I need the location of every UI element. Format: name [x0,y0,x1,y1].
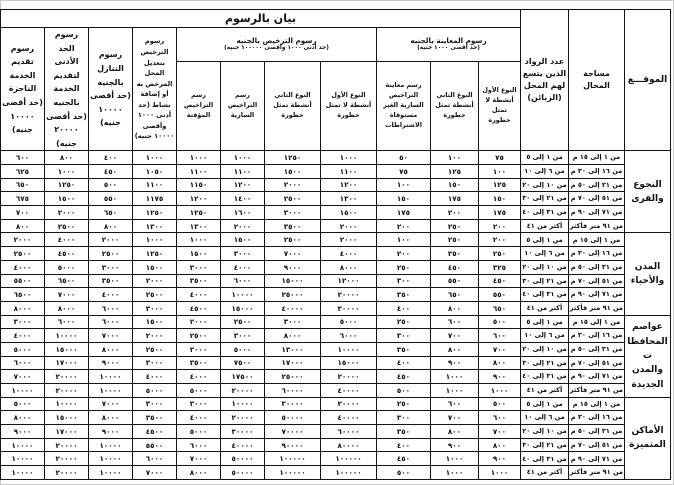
fee-value-cell: ٤٠٠ [377,301,431,315]
fee-value-cell: ١٠٠٠ [133,233,177,247]
fee-value-cell: ١٠٥٠ [133,165,177,179]
column-header-shop-area: مساحة المحال [569,10,625,151]
fee-value-cell: ٤٠٠٠ [321,247,377,261]
fee-value-cell: ٢٥٠٠ [265,233,321,247]
location-group-cell: الأماكن المتميزة [625,397,671,479]
fee-value-cell: ٨٠٠ [45,151,89,165]
fee-value-cell: ٣٥٠٠ [133,411,177,425]
fee-value-cell: ١٠٠٠٠ [0,452,44,466]
fee-value-cell: ٢٠٠٠٠ [45,438,89,452]
fee-value-cell: ٦٠٠ [479,411,521,425]
inspection-fees-label: رسوم المعاينة بالجنيه [378,36,519,45]
fee-value-cell: ٤٠٠ [377,438,431,452]
patrons-count-cell: من ١ إلى ٥ [521,397,569,411]
fee-value-cell: ٣٠٠٠ [89,260,133,274]
fee-value-cell: ٧٠٠ [0,206,44,220]
column-header-license-valid: رسم التراخيص السارية [221,61,265,151]
fee-value-cell: ١٣٠٠٠ [265,342,321,356]
scanned-fees-document: الموقـــع مساحة المحال عدد الرواد الذين … [0,0,674,485]
fee-value-cell: ٢٠٠٠٠ [45,466,89,480]
fee-value-cell: ٦٢٥ [0,165,44,179]
fee-value-cell: ٦٥٠ [431,288,479,302]
fee-value-cell: ١٧٥٠٠ [221,370,265,384]
fee-value-cell: ٨٠٠٠ [89,342,133,356]
patrons-count-cell: من ٦ إلى ١٠ [521,411,569,425]
fee-value-cell: ٧٠٠٠٠ [265,425,321,439]
patrons-count-cell: من ٦ إلى ١٠ [521,165,569,179]
fee-value-cell: ٦٥٠٠ [0,288,44,302]
fee-value-cell: ١٧٠٠٠ [265,356,321,370]
location-group-cell: عواصم المحافظات والمدن الجديدة [625,315,671,397]
fee-value-cell: ٤٠٠٠ [177,370,221,384]
fee-value-cell: ٣٠٠٠ [265,206,321,220]
fee-value-cell: ٩٠٠ [479,452,521,466]
fee-value-cell: ١٠٠٠٠٠ [321,452,377,466]
fee-value-cell: ١٥٠ [377,192,431,206]
fee-value-cell: ٦٠٠ [479,329,521,343]
fee-value-cell: ١٠٠٠ [45,165,89,179]
fee-value-cell: ١٥٠٠ [265,165,321,179]
shop-area-cell: من ٩١ متر فأكثر [569,219,625,233]
fee-value-cell: ١٤٠٠ [221,192,265,206]
fee-value-cell: ٢٠٠ [479,219,521,233]
table-row: من ٥١ إلى ٧٠ ممن ٢١ إلى ٣٠٤٥٠٥٥٠٣٠٠١٢٠٠٠… [0,274,670,288]
fees-table: الموقـــع مساحة المحال عدد الرواد الذين … [0,9,671,480]
patrons-count-cell: أكثر من ٤١ [521,384,569,398]
column-header-min-service-fees: رسوم الحد الأدنى لتقديم الخدمة بالجنيه (… [45,28,89,151]
fee-value-cell: ١٠٠ [431,151,479,165]
fee-value-cell: ٤٠٠٠ [177,411,221,425]
fee-value-cell: ١١٥٠ [177,178,221,192]
fee-value-cell: ٧٠٠٠ [89,397,133,411]
fee-value-cell: ٦٠٠٠ [89,301,133,315]
fee-value-cell: ٨٠٠ [479,438,521,452]
fee-value-cell: ١٣٠٠ [177,219,221,233]
column-header-license-type2: النوع الثاني أنشطة تمثل خطورة [265,61,321,151]
fee-value-cell: ٧٠٠٠ [133,466,177,480]
fee-value-cell: ٤٠٠٠٠ [321,384,377,398]
column-header-patrons-count: عدد الرواد الذين يتسع لهم المحل (الزبائن… [521,10,569,151]
fee-value-cell: ٣٠٠٠ [221,329,265,343]
fee-value-cell: ٨٠٠٠ [265,329,321,343]
fee-value-cell: ٢٠٠٠ [177,315,221,329]
fee-value-cell: ٤٥٠ [431,260,479,274]
fee-value-cell: ١١٠٠ [321,165,377,179]
fee-value-cell: ٦٠٠ [431,397,479,411]
shop-area-cell: من ١ إلى ١٥ م [569,397,625,411]
fee-value-cell: ١٧٥ [431,192,479,206]
fee-value-cell: ١٢٠٠ [177,192,221,206]
fee-value-cell: ٨٠٠٠ [0,411,44,425]
fee-value-cell: ٢٥٠ [479,247,521,261]
patrons-count-cell: من ١ إلى ٥ [521,315,569,329]
table-row: من ٧١ إلى ٩٠ ممن ٣١ إلى ٤٠٥٥٠٦٥٠٣٥٠٢٠٠٠٠… [0,288,670,302]
fee-value-cell: ٨٠٠ [431,301,479,315]
fee-value-cell: ٣٠٠٠ [133,356,177,370]
fee-value-cell: ١٣٠٠ [321,192,377,206]
patrons-count-cell: من ٢١ إلى ٣٠ [521,192,569,206]
fee-value-cell: ٣٠٠ [377,274,431,288]
fee-value-cell: ٥٠ [377,151,431,165]
fee-value-cell: ٥٥٠ [89,192,133,206]
fee-value-cell: ٢٠٠٠٠ [321,288,377,302]
shop-area-cell: من ٩١ متر فأكثر [569,301,625,315]
fee-value-cell: ١٠٠٠٠ [89,452,133,466]
fee-value-cell: ٢٠٠٠٠ [321,397,377,411]
fee-value-cell: ٤٥٠ [377,452,431,466]
fee-value-cell: ٢٠٠٠ [0,233,44,247]
fee-value-cell: ٢٥٠٠ [177,329,221,343]
fee-value-cell: ٢٥٠٠ [221,315,265,329]
fee-value-cell: ٨٠٠ [89,219,133,233]
fee-value-cell: ١٠٠٠٠ [89,466,133,480]
fee-value-cell: ٩٠٠٠ [0,425,44,439]
fee-value-cell: ١٠٠٠ [177,151,221,165]
table-row: من ٥١ إلى ٧٠ ممن ٢١ إلى ٣٠٨٠٠٩٠٠٤٠٠١٥٠٠٠… [0,356,670,370]
group-header-license-fees: رسوم الترخيص بالجنيه (حد أدنى ١٠٠٠ وأقصى… [177,28,377,62]
fee-value-cell: ٥٠٠٠ [221,342,265,356]
fee-value-cell: ١٥٠٠ [321,206,377,220]
shop-area-cell: من ١ إلى ١٥ م [569,315,625,329]
fee-value-cell: ٦٠٠٠ [221,274,265,288]
shop-area-cell: من ٣١ إلى ٥٠ م [569,178,625,192]
location-group-cell: المدن والأحياء [625,233,671,315]
patrons-count-cell: من ٣١ إلى ٤٠ [521,452,569,466]
table-row: من ٩١ متر فأكثرأكثر من ٤١١٠٠٠١٠٠٠٥٠٠١٠٠٠… [0,466,670,480]
fee-value-cell: ٩٠٠ [431,356,479,370]
fee-value-cell: ٢٥٠٠٠ [265,370,321,384]
fee-value-cell: ٢٥٠٠ [133,342,177,356]
fee-value-cell: ١٠٠٠٠ [221,397,265,411]
table-title: بيان بالرسوم [0,10,520,28]
location-group-cell: النجوع والقرى [625,151,671,233]
fee-value-cell: ٥٠٠٠ [133,384,177,398]
fee-value-cell: ٢٠٠٠ [133,274,177,288]
shop-area-cell: من ١٦ إلى ٣٠ م [569,329,625,343]
fee-value-cell: ٤٥٠٠ [177,301,221,315]
fee-value-cell: ١٢٥ [479,178,521,192]
table-body: النجوع والقرىمن ١ إلى ١٥ ممن ١ إلى ٥٧٥١٠… [0,151,670,480]
column-header-license-type1: النوع الأول أنشطة لا تمثل خطورة [321,61,377,151]
fee-value-cell: ٨٠٠ [431,342,479,356]
table-row: من ١٦ إلى ٣٠ ممن ٦ إلى ١٠٦٠٠٧٠٠٣٠٠٦٠٠٠٨٠… [0,329,670,343]
fee-value-cell: ٥٠٠ [377,466,431,480]
fee-value-cell: ٥٠٠ [479,315,521,329]
fee-value-cell: ٣٠٠٠ [221,247,265,261]
fee-value-cell: ٢٥٠٠ [45,219,89,233]
fee-value-cell: ٦٠٠٠٠ [321,425,377,439]
fee-value-cell: ٦٥٠ [89,206,133,220]
patrons-count-cell: من ٢١ إلى ٣٠ [521,274,569,288]
fee-value-cell: ٣٥٠٠ [265,219,321,233]
fee-value-cell: ٥٥٠٠ [0,274,44,288]
fee-value-cell: ١٧٥ [479,206,521,220]
table-row: المدن والأحياءمن ١ إلى ١٥ ممن ١ إلى ٥٢٠٠… [0,233,670,247]
table-row: عواصم المحافظات والمدن الجديدةمن ١ إلى ١… [0,315,670,329]
fee-value-cell: ٢٠٠٠٠ [221,411,265,425]
patrons-count-cell: من ١٠ إلى ٢٠ [521,342,569,356]
fee-value-cell: ٣٠٠٠٠ [321,301,377,315]
fee-value-cell: ١٠٠٠ [431,452,479,466]
fee-value-cell: ٦٧٥ [0,192,44,206]
license-fees-note: (حد أدنى ١٠٠٠ وأقصى ١٠٠٠٠٠ جنيه) [178,45,375,53]
shop-area-cell: من ١ إلى ١٥ م [569,151,625,165]
fee-value-cell: ١٥٠٠٠ [45,411,89,425]
group-header-inspection-fees: رسوم المعاينة بالجنيه (حد أقصى ١٠٠٠ جنيه… [377,28,521,62]
fee-value-cell: ١٥٠٠ [177,247,221,261]
fee-value-cell: ٧٠٠ [431,411,479,425]
fee-value-cell: ١٢٠٠ [321,178,377,192]
fee-value-cell: ٢٠٠٠٠ [45,452,89,466]
fee-value-cell: ١٠٠٠٠٠ [321,466,377,480]
fee-value-cell: ١١٠٠ [221,165,265,179]
fee-value-cell: ٨٠٠ [0,219,44,233]
fee-value-cell: ٢٠٠ [377,219,431,233]
fee-value-cell: ١٠٠٠ [479,384,521,398]
fee-value-cell: ٢٥٠ [431,219,479,233]
fee-value-cell: ٣٥٠ [431,247,479,261]
fee-value-cell: ١٢٥ [431,165,479,179]
column-header-inspection-type1: النوع الأول أنشطة لا تمثل خطورة [479,61,521,151]
fee-value-cell: ١٥٠ [431,178,479,192]
fee-value-cell: ٣٥٠ [377,288,431,302]
fee-value-cell: ٧٠٠ [431,329,479,343]
fee-value-cell: ٣٠٠٠ [177,397,221,411]
fee-value-cell: ٣٠٠ [377,411,431,425]
fee-value-cell: ٧٠٠٠ [45,288,89,302]
fee-value-cell: ٤٥٠ [479,274,521,288]
fee-value-cell: ١٠٠٠ [431,466,479,480]
fee-value-cell: ١٠٠٠ [479,466,521,480]
fee-value-cell: ٧٠٠ [479,425,521,439]
table-row: من ٩١ متر فأكثرأكثر من ٤١٢٠٠٢٥٠٢٠٠٢٠٠٠٣٥… [0,219,670,233]
fee-value-cell: ١٣٠٠ [133,219,177,233]
fee-value-cell: ١٥٠٠ [133,260,177,274]
fee-value-cell: ٨٠٠٠ [321,260,377,274]
fee-value-cell: ١٢٠٠٠ [321,274,377,288]
patrons-count-cell: أكثر من ٤١ [521,301,569,315]
fee-value-cell: ١٠٠ [479,165,521,179]
fee-value-cell: ٤٥٠٠ [45,247,89,261]
shop-area-cell: من ٩١ متر فأكثر [569,466,625,480]
fee-value-cell: ٣٠٠٠ [133,301,177,315]
patrons-count-cell: من ٣١ إلى ٤٠ [521,370,569,384]
fee-value-cell: ١٠٠٠٠ [89,438,133,452]
table-row: من ٣١ إلى ٥٠ ممن ١٠ إلى ٢٠٣٢٥٤٥٠٢٥٠٨٠٠٠٩… [0,260,670,274]
fee-value-cell: ٤٠٠٠ [177,288,221,302]
fee-value-cell: ٣٥٠ [377,425,431,439]
fee-value-cell: ٨٠٠٠ [45,301,89,315]
fee-value-cell: ١١٧٥ [133,192,177,206]
fee-value-cell: ١٢٥٠ [265,151,321,165]
shop-area-cell: من ٥١ إلى ٧٠ م [569,274,625,288]
shop-area-cell: من ٣١ إلى ٥٠ م [569,260,625,274]
fee-value-cell: ٤٠٠٠ [133,370,177,384]
fee-value-cell: ١٢٥٠ [177,206,221,220]
fee-value-cell: ٤٠٠٠ [0,260,44,274]
fee-value-cell: ٦٠٠٠٠ [265,384,321,398]
fee-value-cell: ٧٠٠٠ [177,452,221,466]
table-row: من ٩١ متر فأكثرأكثر من ٤١١٠٠٠١٠٠٠٥٠٠٤٠٠٠… [0,384,670,398]
column-header-express-service-fees: رسوم تقديم الخدمة الناجزة (حد أقصى ١٠٠٠٠… [0,28,44,151]
shop-area-cell: من ١ إلى ١٥ م [569,233,625,247]
table-row: من ١٦ إلى ٣٠ ممن ٦ إلى ١٠١٠٠١٢٥٧٥١١٠٠١٥٠… [0,165,670,179]
fee-value-cell: ٥٠٠٠٠ [221,466,265,480]
fee-value-cell: ١٥٠٠٠ [221,301,265,315]
fee-value-cell: ٩٠٠٠ [89,356,133,370]
fee-value-cell: ١٠٠٠٠ [89,384,133,398]
table-row: من ٥١ إلى ٧٠ ممن ٢١ إلى ٣٠٨٠٠٩٠٠٤٠٠٨٠٠٠٠… [0,438,670,452]
fee-value-cell: ١٠٠٠ [431,370,479,384]
fee-value-cell: ٣٥٠٠ [177,274,221,288]
shop-area-cell: من ٧١ إلى ٩٠ م [569,370,625,384]
fee-value-cell: ١٠٠٠٠ [89,370,133,384]
fee-value-cell: ٢٠٠٠ [265,178,321,192]
fee-value-cell: ٣٠٠٠٠ [265,397,321,411]
patrons-count-cell: من ٦ إلى ١٠ [521,247,569,261]
shop-area-cell: من ٩١ متر فأكثر [569,384,625,398]
shop-area-cell: من ٥١ إلى ٧٠ م [569,438,625,452]
fee-value-cell: ٢٠٠ [479,233,521,247]
fee-value-cell: ٤٠٠٠ [45,233,89,247]
fee-value-cell: ١٠٠٠٠ [321,342,377,356]
patrons-count-cell: أكثر من ٤١ [521,466,569,480]
table-row: الأماكن المتميزةمن ١ إلى ١٥ ممن ١ إلى ٥٥… [0,397,670,411]
table-row: من ٧١ إلى ٩٠ ممن ٣١ إلى ٤٠٩٠٠١٠٠٠٤٥٠١٠٠٠… [0,452,670,466]
fee-value-cell: ١٠٠٠ [321,151,377,165]
table-row: من ٧١ إلى ٩٠ ممن ٣١ إلى ٤٠١٧٥٢٠٠١٧٥١٥٠٠٣… [0,206,670,220]
fee-value-cell: ١٠٠٠٠٠ [265,452,321,466]
fee-value-cell: ٢٠٠٠ [221,219,265,233]
fee-value-cell: ١٠٠٠ [133,151,177,165]
inspection-fees-note: (حد أقصى ١٠٠٠ جنيه) [378,45,519,53]
fee-value-cell: ٣٢٥ [479,260,521,274]
shop-area-cell: من ٥١ إلى ٧٠ م [569,192,625,206]
fee-value-cell: ٣٠٠٠ [133,397,177,411]
fee-value-cell: ١٢٥٠ [45,178,89,192]
column-header-waiver-fees: رسوم التنازل بالجنيه (حد أقصى ١٠٠٠٠ جنيه… [89,28,133,151]
fee-value-cell: ١٠٠٠٠ [0,438,44,452]
patrons-count-cell: من ١٠ إلى ٢٠ [521,425,569,439]
fee-value-cell: ٨٠٠٠ [177,466,221,480]
fee-value-cell: ٥٠٠٠٠ [221,452,265,466]
table-row: من ١٦ إلى ٣٠ ممن ٦ إلى ١٠٢٥٠٣٥٠٢٠٠٤٠٠٠٧٠… [0,247,670,261]
fee-value-cell: ٨٠٠ [431,425,479,439]
shop-area-cell: من ٧١ إلى ٩٠ م [569,206,625,220]
fee-value-cell: ١٠٠٠٠ [221,288,265,302]
fee-value-cell: ٢٥٠٠ [133,288,177,302]
patrons-count-cell: أكثر من ٤١ [521,219,569,233]
fee-value-cell: ٢٠٠٠ [45,206,89,220]
fee-value-cell: ٤٥٠٠ [133,425,177,439]
fee-value-cell: ١٠٠٠٠٠ [265,466,321,480]
fee-value-cell: ٥٠٠٠٠ [265,411,321,425]
column-header-location: الموقـــع [625,10,671,151]
fee-value-cell: ٧٠٠٠ [0,370,44,384]
fee-value-cell: ٢٥٠٠٠ [265,288,321,302]
fee-value-cell: ٦٥٠٠ [45,274,89,288]
shop-area-cell: من ٧١ إلى ٩٠ م [569,288,625,302]
fee-value-cell: ٢٥٠ [377,315,431,329]
fee-value-cell: ١٠٠٠٠ [45,329,89,343]
fee-value-cell: ٢٠٠٠٠ [45,370,89,384]
fee-value-cell: ٢٥٠٠ [265,192,321,206]
fee-value-cell: ٣٥٠٠ [89,274,133,288]
fee-value-cell: ٣٠٠٠ [177,342,221,356]
fee-value-cell: ٤٠٠٠ [221,260,265,274]
fee-value-cell: ١٢٠٠ [221,178,265,192]
fee-value-cell: ٩٠٠٠٠ [265,438,321,452]
fee-value-cell: ٥٠٠ [479,397,521,411]
column-header-inspection-noncompliant: رسم معاينة التراخيص السارية الغير مستوفا… [377,61,431,151]
fee-value-cell: ٢٥٠ [377,397,431,411]
patrons-count-cell: من ٣١ إلى ٤٠ [521,206,569,220]
table-row: من ١٦ إلى ٣٠ ممن ٦ إلى ١٠٦٠٠٧٠٠٣٠٠٤٠٠٠٠٥… [0,411,670,425]
fee-value-cell: ٣٠٠٠٠ [221,425,265,439]
fee-value-cell: ٥٥٠ [479,288,521,302]
fee-value-cell: ٨٠٠٠ [89,411,133,425]
fee-value-cell: ١٠٠٠ [221,151,265,165]
fee-value-cell: ٢٠٠ [377,247,431,261]
fee-value-cell: ٤٥٠ [377,370,431,384]
fee-value-cell: ٣٥٠ [377,342,431,356]
fee-value-cell: ٤٥٠ [89,165,133,179]
fee-value-cell: ٥٥٠ [431,274,479,288]
fee-value-cell: ٥٥٠٠ [133,438,177,452]
fee-value-cell: ٦٥٠ [0,178,44,192]
fee-value-cell: ٣٠٠ [377,329,431,343]
fee-value-cell: ٢٠٠٠ [321,233,377,247]
fee-value-cell: ١٠٠ [377,178,431,192]
license-fees-label: رسوم الترخيص بالجنيه [178,36,375,45]
fee-value-cell: ٢٥٠ [431,233,479,247]
fee-value-cell: ٥٠٠٠ [321,315,377,329]
patrons-count-cell: من ٦ إلى ١٠ [521,329,569,343]
fee-value-cell: ٦٠٠٠ [45,315,89,329]
fee-value-cell: ٩٠٠ [479,370,521,384]
fee-value-cell: ٢٥٠٠ [89,247,133,261]
fee-value-cell: ١٥٠٠٠ [45,342,89,356]
fee-value-cell: ٢٠٠٠٠ [221,384,265,398]
column-header-inspection-type2: النوع الثاني أنشطة تمثل خطورة [431,61,479,151]
shop-area-cell: من ٥١ إلى ٧٠ م [569,356,625,370]
table-row: النجوع والقرىمن ١ إلى ١٥ ممن ١ إلى ٥٧٥١٠… [0,151,670,165]
fee-value-cell: ٥٠٠٠ [0,342,44,356]
fee-value-cell: ٧٥ [377,165,431,179]
fee-value-cell: ١٥٠٠ [133,315,177,329]
fee-value-cell: ٩٠٠ [431,438,479,452]
fee-value-cell: ٥٠٠٠ [45,260,89,274]
fee-value-cell: ٢٠٠٠٠ [45,384,89,398]
fee-value-cell: ٨٠٠ [479,356,521,370]
patrons-count-cell: من ٢١ إلى ٣٠ [521,438,569,452]
table-row: من ٥١ إلى ٧٠ ممن ٢١ إلى ٣٠١٥٠١٧٥١٥٠١٣٠٠٢… [0,192,670,206]
fee-value-cell: ٦٠٠ [431,315,479,329]
fee-value-cell: ٣٠٠٠ [177,260,221,274]
shop-area-cell: من ٧١ إلى ٩٠ م [569,452,625,466]
fee-value-cell: ١٥٠٠ [45,192,89,206]
fee-value-cell: ٧٥٠٠ [221,356,265,370]
fee-value-cell: ٦٠٠٠ [177,438,221,452]
fee-value-cell: ١٧٠٠٠ [45,425,89,439]
fee-value-cell: ٥٠٠٠ [0,397,44,411]
fee-value-cell: ١٠٠ [377,233,431,247]
fee-value-cell: ٢٠٠٠ [133,329,177,343]
fee-value-cell: ٩٠٠٠ [265,260,321,274]
fee-value-cell: ١٠٠٠ [431,384,479,398]
fee-value-cell: ٥٠٠٠ [177,425,221,439]
fee-value-cell: ٧٠٠٠ [265,247,321,261]
